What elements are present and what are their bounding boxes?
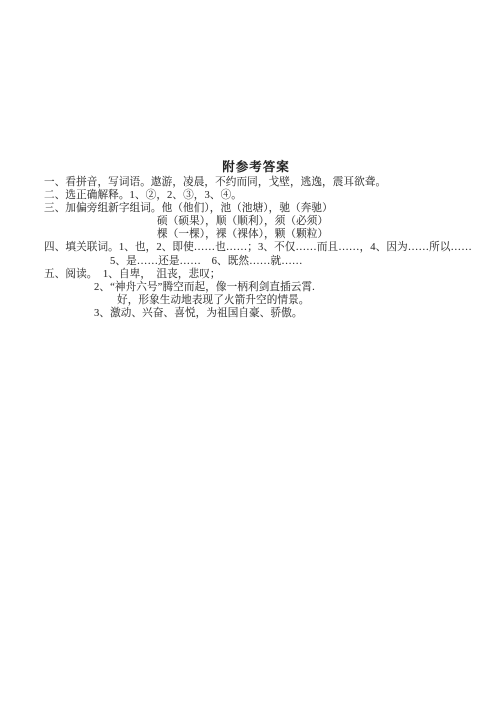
answer-line-section4: 四、填关联词。1、也，2、即使……也……；3、不仅……而且……，4、因为……所以… — [44, 241, 494, 254]
answer-line-section3: 三、加偏旁组新字组词。他（他们），池（池塘），驰（奔驰） — [44, 202, 494, 215]
answer-line-section2: 二、选正确解释。1、②，2、③，3、④。 — [44, 189, 494, 202]
document-page: 附参考答案 一、看拼音，写词语。遨游，凌晨，不约而同，戈壁，逃逸，震耳欲聋。 二… — [0, 0, 500, 707]
answer-line-section1: 一、看拼音，写词语。遨游，凌晨，不约而同，戈壁，逃逸，震耳欲聋。 — [44, 176, 494, 189]
answer-body: 一、看拼音，写词语。遨游，凌晨，不约而同，戈壁，逃逸，震耳欲聋。 二、选正确解释… — [44, 176, 494, 320]
answer-line-section5: 五、阅读。 1、自卑， 沮丧，悲叹； — [44, 268, 494, 281]
answer-line-section5-item3: 3、激动、兴奋、喜悦，为祖国自豪、骄傲。 — [44, 307, 494, 320]
answer-line-section3-cont2: 棵（一棵），裸（裸体），颗（颗粒） — [44, 228, 494, 241]
answer-line-section5-item2: 2、“神舟六号”腾空而起，像一柄利剑直插云霄. — [44, 281, 494, 294]
answer-line-section3-cont1: 硕（硕果），顺（顺利），须（必须） — [44, 215, 494, 228]
answer-line-section5-item2-remark: 好，形象生动地表现了火箭升空的情景。 — [44, 294, 494, 307]
answer-line-section4-cont: 5、是……还是…… 6、既然……就…… — [44, 255, 494, 268]
page-title: 附参考答案 — [0, 157, 500, 175]
